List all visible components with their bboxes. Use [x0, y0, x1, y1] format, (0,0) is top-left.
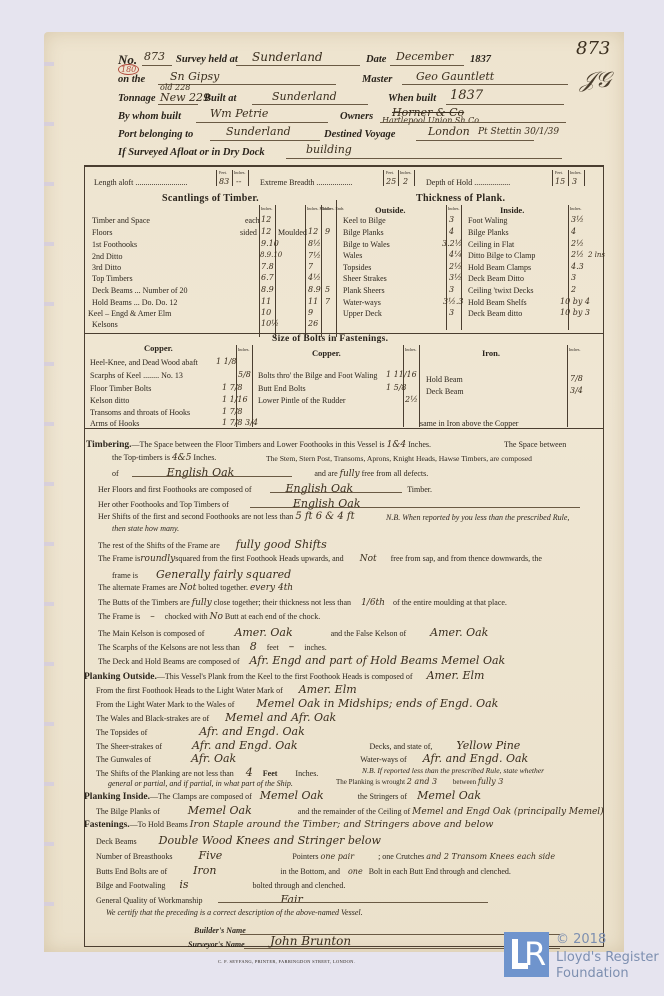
depth-feet: 15: [555, 177, 565, 186]
afloat-value: building: [306, 143, 352, 156]
when-built-value: 1837: [450, 88, 483, 103]
moulded-label: Moulded: [278, 228, 307, 237]
master-value: Geo Gauntlett: [416, 70, 494, 83]
owners-red-correction: Hartlepool Union Sh Co: [382, 116, 479, 125]
voyage-red-correction: Pt Stettin 30/1/39: [478, 127, 559, 137]
port-label: Port belonging to: [118, 129, 193, 140]
by-whom-label: By whom built: [118, 111, 181, 122]
breadth-feet: 25: [386, 177, 396, 186]
scantlings-title: Scantlings of Timber.: [162, 193, 259, 204]
depth-inches: 3: [572, 177, 577, 186]
builder-name-label: Builder's Name: [194, 926, 246, 935]
length-feet: 83: [219, 177, 229, 186]
on-the-value: Sn Gipsy: [170, 70, 219, 83]
inside-title: Inside.: [500, 205, 524, 215]
planking-outside-heading: Planking Outside.: [84, 672, 157, 682]
printer-imprint: C. F. SEYFANG, PRINTER, FARRINGDON STREE…: [218, 959, 355, 964]
surveyor-name-label: Surveyor's Name: [188, 940, 245, 949]
breadth-label: Extreme Breadth ..................: [260, 178, 352, 187]
surveyor-signature: John Brunton: [270, 934, 351, 948]
length-inches: --: [236, 177, 241, 186]
built-at-label: Built at: [204, 93, 236, 104]
number-value: 873: [144, 50, 165, 63]
outside-title: Outside.: [375, 205, 405, 215]
bolts-title: Size of Bolts in Fastenings.: [272, 334, 388, 344]
afloat-label: If Surveyed Afloat or in Dry Dock: [118, 147, 265, 158]
inside-margin-note: 2 lns: [588, 251, 605, 259]
planking-inside-heading: Planking Inside.: [84, 792, 150, 802]
port-value: Sunderland: [226, 125, 291, 138]
date-value: December: [396, 50, 453, 63]
on-the-label: on the: [118, 74, 145, 85]
plank-title: Thickness of Plank.: [416, 193, 505, 204]
length-label: Length aloft ..........................: [94, 178, 187, 187]
built-at-value: Sunderland: [272, 90, 337, 103]
date-label: Date: [366, 54, 386, 65]
breadth-inches: 2: [403, 177, 408, 186]
certify-statement: We certify that the preceding is a corre…: [106, 908, 363, 917]
voyage-label: Destined Voyage: [324, 129, 395, 140]
org-name-line2: Foundation: [556, 966, 629, 981]
lr-logo-icon: R: [504, 932, 549, 977]
date-year: 1837: [470, 54, 491, 65]
voyage-value: London: [428, 125, 470, 138]
owners-label: Owners: [340, 111, 373, 122]
by-whom-value: Wm Petrie: [210, 107, 268, 120]
copyright-text: © 2018: [556, 932, 606, 947]
top-right-number: 873: [576, 38, 610, 59]
margin-initials: 𝒥𝒢: [580, 68, 611, 93]
survey-held-value: Sunderland: [252, 50, 323, 64]
tonnage-new: New 229: [160, 91, 210, 104]
fastenings-heading: Fastenings.: [84, 820, 130, 830]
depth-label: Depth of Hold ..................: [426, 178, 510, 187]
survey-held-label: Survey held at: [176, 54, 238, 65]
timbering-heading: Timbering.: [86, 440, 131, 450]
tonnage-label: Tonnage: [118, 93, 156, 104]
same-in-iron-note: same in Iron above the Copper: [420, 419, 518, 428]
when-built-label: When built: [388, 93, 436, 104]
master-label: Master: [362, 74, 392, 85]
org-name-line1: Lloyd's Register: [556, 950, 659, 965]
